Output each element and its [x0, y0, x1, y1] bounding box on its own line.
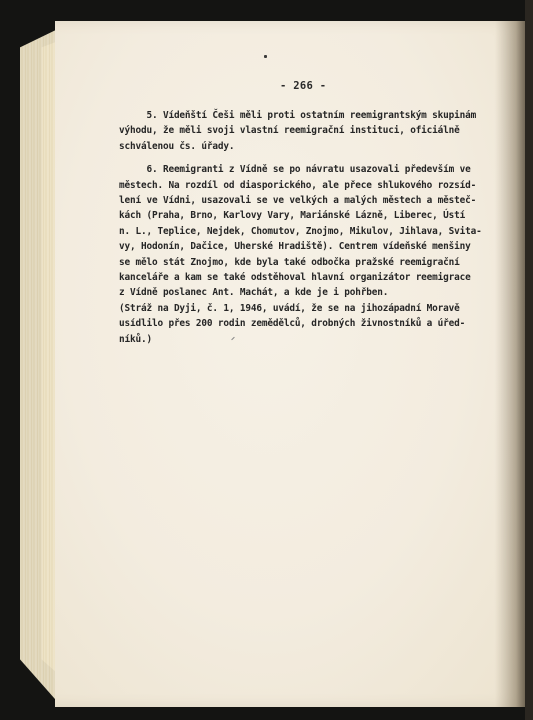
text-line: n. L., Teplice, Nejdek, Chomutov, Znojmo…: [119, 224, 489, 239]
text-line: 6. Reemigranti z Vídně se po návratu usa…: [119, 162, 489, 177]
paragraph-5: 5. Vídeňští Češi měli proti ostatním ree…: [119, 108, 489, 154]
text-line: městech. Na rozdíl od diasporického, ale…: [119, 178, 489, 193]
text-line: se mělo stát Znojmo, kde byla také odboč…: [119, 255, 489, 270]
text-line: z Vídně poslanec Ant. Machát, a kde je i…: [119, 285, 489, 300]
page-number: - 266 -: [280, 80, 326, 92]
text-line: níků.): [119, 332, 489, 347]
background-edge: [525, 0, 533, 720]
text-line: schválenou čs. úřady.: [119, 139, 489, 154]
text-line: lení ve Vídni, usazovali se ve velkých a…: [119, 193, 489, 208]
text-line: kanceláře a kam se také odstěhoval hlavn…: [119, 270, 489, 285]
text-line: kách (Praha, Brno, Karlovy Vary, Mariáns…: [119, 208, 489, 223]
text-line: výhodu, že měli svoji vlastní reemigračn…: [119, 123, 489, 138]
text-line: 5. Vídeňští Češi měli proti ostatním ree…: [119, 108, 489, 123]
ink-dot: [264, 55, 267, 58]
text-line: usídlilo přes 200 rodin zemědělců, drobn…: [119, 316, 489, 331]
text-line: vy, Hodonín, Dačice, Uherské Hradiště). …: [119, 239, 489, 254]
body-text: 5. Vídeňští Češi měli proti ostatním ree…: [119, 108, 489, 347]
paragraph-6: 6. Reemigranti z Vídně se po návratu usa…: [119, 162, 489, 347]
text-line: (Stráž na Dyji, č. 1, 1946, uvádí, že se…: [119, 301, 489, 316]
